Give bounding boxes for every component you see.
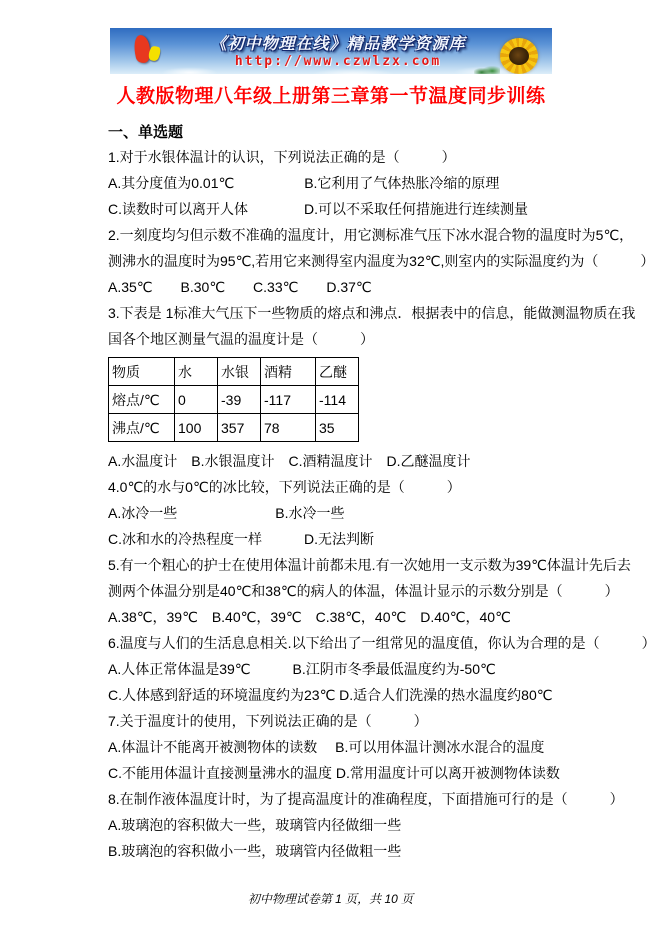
question-8-option-b: B.玻璃泡的容积做小一些，玻璃管内径做粗一些 [108,838,554,864]
question-2-stem-line-1: 2.一刻度均匀但示数不准确的温度计，用它测标准气压下冰水混合物的温度时为5℃， [108,222,554,248]
section-heading: 一、单选题 [108,121,554,142]
question-3-stem-line-2: 国各个地区测量气温的温度计是（ ） [108,326,554,352]
table-cell: 100 [175,414,218,442]
sunflower-center [509,47,529,65]
site-banner: 《初中物理在线》精品教学资源库 http://www.czwlzx.com [110,28,552,74]
question-7-options-cd: C.不能用体温计直接测量沸水的温度 D.常用温度计可以离开被测物体读数 [108,760,554,786]
site-logo-flame-icon [132,35,166,67]
table-header-water: 水 [175,358,218,386]
banner-site-name: 《初中物理在线》精品教学资源库 [188,31,488,54]
table-header-row: 物质 水 水银 酒精 乙醚 [109,358,359,386]
question-1-options-cd: C.读数时可以离开人体 D.可以不采取任何措施进行连续测量 [108,196,554,222]
table-cell: 0 [175,386,218,414]
table-header-ether: 乙醚 [316,358,359,386]
question-3-options: A.水温度计 B.水银温度计 C.酒精温度计 D.乙醚温度计 [108,448,554,474]
worksheet-page: 《初中物理在线》精品教学资源库 http://www.czwlzx.com 人教… [108,28,554,864]
page-title: 人教版物理八年级上册第三章第一节温度同步训练 [108,81,554,108]
page-footer: 初中物理试卷第 1 页，共 10 页 [0,890,661,907]
table-cell: 357 [218,414,261,442]
banner-text-block: 《初中物理在线》精品教学资源库 http://www.czwlzx.com [188,31,488,69]
melting-boiling-point-table: 物质 水 水银 酒精 乙醚 熔点/℃ 0 -39 -117 -114 沸点/℃ … [108,357,359,442]
question-5-options: A.38℃，39℃ B.40℃，39℃ C.38℃，40℃ D.40℃，40℃ [108,604,554,630]
question-7-options-ab: A.体温计不能离开被测物体的读数 B.可以用体温计测冰水混合的温度 [108,734,554,760]
table-header-alcohol: 酒精 [261,358,316,386]
question-3-stem-line-1: 3.下表是 1标准大气压下一些物质的熔点和沸点．根据表中的信息，能做测温物质在我 [108,300,554,326]
banner-site-url[interactable]: http://www.czwlzx.com [188,54,488,69]
question-5-stem-line-1: 5.有一个粗心的护士在使用体温计前都未甩.有一次她用一支示数为39℃体温计先后去 [108,552,554,578]
table-cell: -114 [316,386,359,414]
table-cell: -39 [218,386,261,414]
table-cell: 沸点/℃ [109,414,175,442]
question-1-options-ab: A.其分度值为0.01℃ B.它利用了气体热胀冷缩的原理 [108,170,554,196]
question-7-stem: 7.关于温度计的使用，下列说法正确的是（ ） [108,708,554,734]
question-5-stem-line-2: 测两个体温分别是40℃和38℃的病人的体温，体温计显示的示数分别是（ ） [108,578,554,604]
question-6-stem: 6.温度与人们的生活息息相关.以下给出了一组常见的温度值，你认为合理的是（ ） [108,630,554,656]
question-4-options-cd: C.冰和水的冷热程度一样 D.无法判断 [108,526,554,552]
question-1-stem: 1.对于水银体温计的认识，下列说法正确的是（ ） [108,144,554,170]
table-row-melting-point: 熔点/℃ 0 -39 -117 -114 [109,386,359,414]
question-4-stem: 4.0℃的水与0℃的冰比较，下列说法正确的是（ ） [108,474,554,500]
question-8-option-a: A.玻璃泡的容积做大一些，玻璃管内径做细一些 [108,812,554,838]
question-8-stem: 8.在制作液体温度计时，为了提高温度计的准确程度，下面措施可行的是（ ） [108,786,554,812]
question-2-options: A.35℃ B.30℃ C.33℃ D.37℃ [108,274,554,300]
table-header-mercury: 水银 [218,358,261,386]
table-cell: 35 [316,414,359,442]
table-cell: 78 [261,414,316,442]
table-cell: -117 [261,386,316,414]
question-6-options-ab: A.人体正常体温是39℃ B.江阴市冬季最低温度约为-50℃ [108,656,554,682]
question-4-options-ab: A.冰冷一些 B.水冷一些 [108,500,554,526]
sunflower-image [496,36,542,74]
question-6-options-cd: C.人体感到舒适的环境温度约为23℃ D.适合人们洗澡的热水温度约80℃ [108,682,554,708]
table-header-substance: 物质 [109,358,175,386]
question-2-stem-line-2: 测沸水的温度时为95℃,若用它来测得室内温度为32℃,则室内的实际温度约为（ ） [108,248,554,274]
table-cell: 熔点/℃ [109,386,175,414]
table-row-boiling-point: 沸点/℃ 100 357 78 35 [109,414,359,442]
